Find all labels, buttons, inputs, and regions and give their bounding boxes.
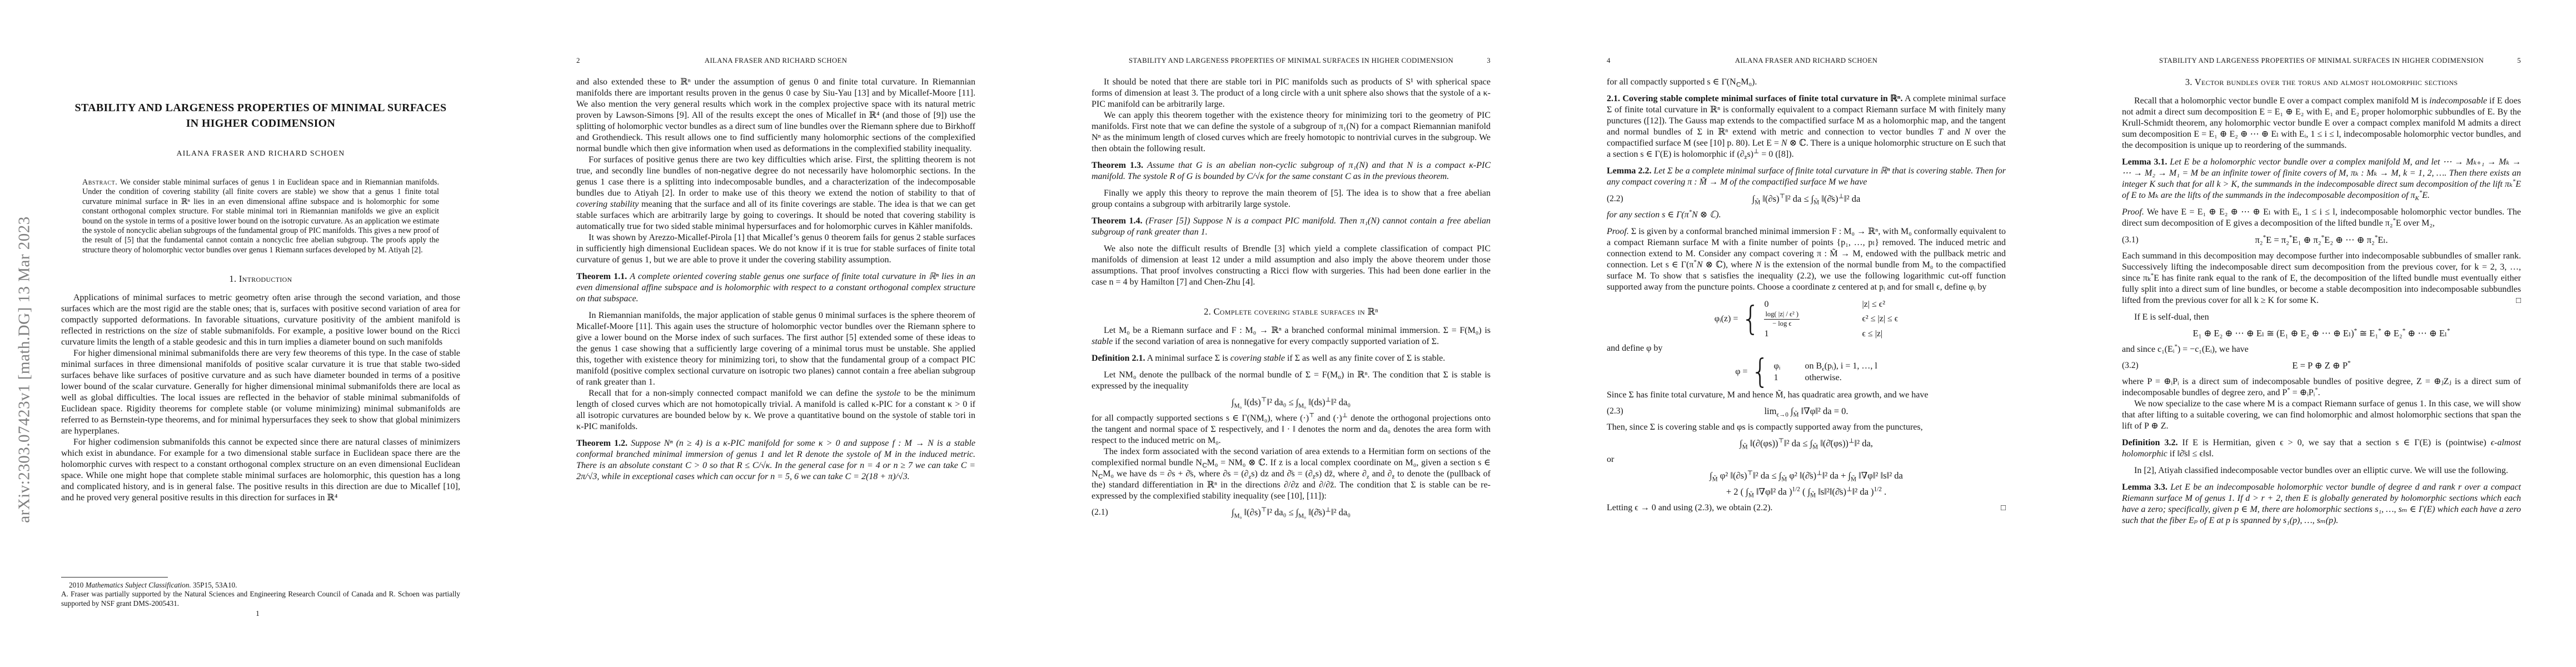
p3-paragraph-6: Let NM₀ denote the pullback of the norma… [1092, 370, 1491, 392]
p5-paragraph-6: We now specialize to the case where M is… [2122, 399, 2521, 432]
running-head: 2 AILANA FRASER AND RICHARD SCHOEN [576, 57, 975, 65]
equation-3-1-body: π₂*E = π₂*E₁ ⊕ π₂*E₂ ⊕ ⋯ ⊕ π₂*Eₗ. [2255, 235, 2388, 245]
definition-2-1: Definition 2.1. A minimal surface Σ is c… [1092, 353, 1491, 364]
running-title: STABILITY AND LARGENESS PROPERTIES OF MI… [1129, 57, 1453, 64]
running-title: STABILITY AND LARGENESS PROPERTIES OF MI… [2159, 57, 2484, 64]
theorem-1-1: Theorem 1.1. A complete oriented coverin… [576, 271, 975, 305]
paper-title: STABILITY AND LARGENESS PROPERTIES OF MI… [61, 100, 460, 131]
page-2: 2 AILANA FRASER AND RICHARD SCHOEN and a… [515, 0, 1030, 667]
p3-paragraph-3: Finally we apply this theory to reprove … [1092, 188, 1491, 210]
page-5: STABILITY AND LARGENESS PROPERTIES OF MI… [2061, 0, 2576, 667]
theorem-1-2-label: Theorem 1.2. [576, 439, 627, 448]
equation-2-3: (2.3)limϵ→0 ∫M̃ ‖∇φ‖² da = 0. [1607, 406, 2006, 417]
equation-3-2: (3.2)E = P ⊕ Z ⊕ P* [2122, 360, 2521, 371]
case-value: 1 [1764, 328, 1847, 340]
page-1-content: STABILITY AND LARGENESS PROPERTIES OF MI… [61, 0, 460, 504]
abstract-label: Abstract. [82, 178, 117, 187]
fraction-numerator: log( |z| / ϵ² ) [1764, 310, 1800, 320]
fraction-denominator: − log ϵ [1764, 320, 1800, 328]
proof-2-2-body: Σ is given by a conformal branched minim… [1607, 227, 2006, 292]
p3-paragraph-8: The index form associated with the secon… [1092, 446, 1491, 502]
page-2-content: and also extended these to ℝⁿ under the … [576, 77, 975, 488]
case-row: 1ϵ ≤ |z| [1764, 328, 1898, 340]
definition-3-2-label: Definition 3.2. [2122, 438, 2178, 447]
footnote-support: A. Fraser was partially supported by the… [61, 590, 460, 608]
lemma-3-3-label: Lemma 3.3. [2122, 482, 2168, 492]
equation-2-2-tag: (2.2) [1607, 193, 1623, 205]
running-head: STABILITY AND LARGENESS PROPERTIES OF MI… [1092, 57, 1491, 65]
p5-paragraph-4: and since c₁(Eᵢ*) = −c₁(Eᵢ), we have [2122, 344, 2521, 355]
equation-body: E₁ ⊕ E₂ ⊕ ⋯ ⊕ Eₗ ≅ (E₁ ⊕ E₂ ⊕ ⋯ ⊕ Eₗ)* ≅… [2193, 328, 2450, 339]
equation-unnumbered-1: ∫M̃ ‖(∂(φs))⊤‖² da ≤ ∫M̃ ‖(∂̄(φs))⊥‖² da… [1607, 438, 2006, 449]
footnotes: 2010 Mathematics Subject Classification.… [61, 577, 460, 608]
lemma-3-1-body: Let E be a holomorphic vector bundle ove… [2122, 157, 2521, 200]
theorem-1-4-body: (Fraser [5]) Suppose N is a compact PIC … [1092, 216, 1491, 237]
p4-and-define: and define φ by [1607, 343, 2006, 354]
cases-lhs: φ = [1735, 366, 1747, 377]
page-number-5: 5 [2517, 57, 2521, 65]
case-value: log( |z| / ϵ² )− log ϵ [1764, 310, 1847, 328]
definition-2-1-body: A minimal surface Σ is covering stable i… [1147, 354, 1446, 363]
p1-paragraph-3: For higher codimension submanifolds this… [61, 437, 460, 504]
running-head: STABILITY AND LARGENESS PROPERTIES OF MI… [2122, 57, 2521, 65]
page-4-content: for all compactly supported s ∈ Γ(NℂM₀).… [1607, 77, 2006, 514]
subsection-2-1-label: 2.1. Covering stable complete minimal su… [1607, 94, 1902, 103]
equation-2-1-tag: (2.1) [1092, 507, 1108, 518]
equation-body: ∫M₀ ‖(ds)⊤‖² da₀ ≤ ∫M₀ ‖(ds)⊥‖² da₀ [1232, 397, 1351, 407]
theorem-1-2: Theorem 1.2. Suppose Nⁿ (n ≥ 4) is a κ-P… [576, 438, 975, 482]
left-brace: { [1741, 302, 1760, 336]
proof-end-text: Each summand in this decomposition may d… [2122, 251, 2521, 305]
theorem-1-3-body: Assume that G is an abelian non-cyclic s… [1092, 161, 1491, 181]
p3-paragraph-4: We also note the difficult results of Br… [1092, 243, 1491, 288]
p2-paragraph-1: and also extended these to ℝⁿ under the … [576, 77, 975, 155]
equation-body: + 2 ( ∫M̃ ‖∇φ‖² da )1/2 ( ∫M̃ ‖s‖²‖(∂̄s)… [1726, 486, 1886, 497]
equation-2-3-tag: (2.3) [1607, 406, 1623, 417]
qed-box: □ [2516, 295, 2521, 306]
theorem-1-1-body: A complete oriented covering stable genu… [576, 272, 975, 303]
p5-paragraph-1: Recall that a holomorphic vector bundle … [2122, 96, 2521, 151]
section-heading-3: 3. Vector bundles over the torus and alm… [2122, 77, 2521, 88]
theorem-1-3-label: Theorem 1.3. [1092, 161, 1143, 170]
case-condition: |z| ≤ ϵ² [1862, 300, 1885, 309]
footnote-rule [61, 577, 168, 578]
paper-title-line-2: IN HIGHER CODIMENSION [186, 117, 336, 130]
p5-paragraph-2: Each summand in this decomposition may d… [2122, 251, 2521, 306]
theorem-1-2-body: Suppose Nⁿ (n ≥ 4) is a κ-PIC manifold f… [576, 439, 975, 481]
lemma-3-1-label: Lemma 3.1. [2122, 157, 2167, 167]
proof-end-text: Letting ϵ → 0 and using (2.3), we obtain… [1607, 503, 1772, 512]
definition-3-2-body: If E is Hermitian, given ϵ > 0, we say t… [2122, 438, 2521, 459]
equation-2-2: (2.2)∫M̃ ‖(∂s)⊤‖² da ≤ ∫M̃ ‖(∂̄s)⊥‖² da [1607, 193, 2006, 205]
case-condition: otherwise. [1805, 373, 1842, 382]
running-title: AILANA FRASER AND RICHARD SCHOEN [705, 57, 848, 64]
cases-lhs: φᵢ(z) = [1715, 313, 1738, 325]
page-number-1: 1 [0, 609, 515, 618]
p1-paragraph-1: Applications of minimal surfaces to metr… [61, 292, 460, 348]
left-brace: { [1751, 355, 1769, 389]
equation-3-2-tag: (3.2) [2122, 360, 2139, 371]
p4-paragraph-2: Since Σ has finite total curvature, M an… [1607, 390, 2006, 401]
page-number-2: 2 [576, 57, 580, 65]
paper-authors: AILANA FRASER AND RICHARD SCHOEN [61, 148, 460, 159]
subsection-2-1: 2.1. Covering stable complete minimal su… [1607, 93, 2006, 160]
lemma-2-2-continuation: for any section s ∈ Γ(π*N ⊗ ℂ). [1607, 210, 2006, 221]
page-1: arXiv:2303.07423v1 [math.DG] 13 Mar 2023… [0, 0, 515, 667]
piecewise-phi-i: φᵢ(z) = { 0|z| ≤ ϵ² log( |z| / ϵ² )− log… [1607, 298, 2006, 340]
page-3: STABILITY AND LARGENESS PROPERTIES OF MI… [1030, 0, 1546, 667]
p3-paragraph-5: Let M₀ be a Riemann surface and F : M₀ →… [1092, 325, 1491, 347]
equation-unnumbered-2-line-1: ∫M̃ φ² ‖(∂s)⊤‖² da ≤ ∫M̃ φ² ‖(∂̄s)⊥‖² da… [1607, 470, 2006, 481]
case-value: φᵢ [1774, 360, 1791, 372]
equation-2-1: (2.1)∫M₀ ‖(∂s)⊤‖² da₀ ≤ ∫M₀ ‖(∂̄s)⊥‖² da… [1092, 507, 1491, 518]
p2-paragraph-2: For surfaces of positive genus there are… [576, 155, 975, 232]
cases-rows: φᵢon Bϵ(pᵢ), i = 1, …, l 1otherwise. [1774, 360, 1877, 384]
equation-2-3-body: limϵ→0 ∫M̃ ‖∇φ‖² da = 0. [1764, 406, 1848, 416]
footnote-msc: 2010 Mathematics Subject Classification.… [61, 581, 460, 590]
paper-title-line-1: STABILITY AND LARGENESS PROPERTIES OF MI… [75, 102, 447, 114]
proof-3-1: Proof. We have E = E₁ ⊕ E₂ ⊕ ⋯ ⊕ Eₗ with… [2122, 207, 2521, 229]
proof-2-2: Proof. Σ is given by a conformal branche… [1607, 226, 2006, 293]
proof-label: Proof. [2122, 207, 2144, 217]
p4-paragraph-3: Then, since Σ is covering stable and φs … [1607, 422, 2006, 433]
p5-paragraph-3: If E is self-dual, then [2122, 312, 2521, 323]
case-condition: ϵ² ≤ |z| ≤ ϵ [1862, 314, 1898, 323]
theorem-1-3: Theorem 1.3. Assume that G is an abelian… [1092, 160, 1491, 182]
case-row: 0|z| ≤ ϵ² [1764, 298, 1898, 310]
running-title: AILANA FRASER AND RICHARD SCHOEN [1735, 57, 1878, 64]
case-row: 1otherwise. [1774, 372, 1877, 384]
case-condition: on Bϵ(pᵢ), i = 1, …, l [1805, 361, 1877, 371]
definition-3-2: Definition 3.2. If E is Hermitian, given… [2122, 437, 2521, 460]
equation-2-2-body: ∫M̃ ‖(∂s)⊤‖² da ≤ ∫M̃ ‖(∂̄s)⊥‖² da [1752, 193, 1861, 204]
p2-paragraph-5: Recall that for a non-simply connected c… [576, 388, 975, 432]
p2-paragraph-3: It was shown by Arezzo-Micallef-Pirola [… [576, 232, 975, 266]
page-number-3: 3 [1487, 57, 1491, 65]
case-row: φᵢon Bϵ(pᵢ), i = 1, …, l [1774, 360, 1877, 372]
lemma-3-3-body: Let E be an indecomposable holomorphic v… [2122, 482, 2521, 525]
p2-paragraph-4: In Riemannian manifolds, the major appli… [576, 310, 975, 388]
equation-body: ∫M̃ ‖(∂(φs))⊤‖² da ≤ ∫M̃ ‖(∂̄(φs))⊥‖² da… [1740, 438, 1873, 449]
case-condition: ϵ ≤ |z| [1862, 329, 1882, 339]
section-heading-introduction: 1. Introduction [61, 273, 460, 285]
lemma-2-2: Lemma 2.2. Let Σ be a complete minimal s… [1607, 166, 2006, 188]
p3-paragraph-2: We can apply this theorem together with … [1092, 110, 1491, 155]
p4-paragraph-1: for all compactly supported s ∈ Γ(NℂM₀). [1607, 77, 2006, 88]
cases-rows: 0|z| ≤ ϵ² log( |z| / ϵ² )− log ϵϵ² ≤ |z|… [1764, 298, 1898, 340]
subsection-2-1-body: A complete minimal surface Σ of finite t… [1607, 94, 2006, 159]
equation-3-1-tag: (3.1) [2122, 235, 2139, 246]
case-row: log( |z| / ϵ² )− log ϵϵ² ≤ |z| ≤ ϵ [1764, 310, 1898, 328]
equation-3-1: (3.1)π₂*E = π₂*E₁ ⊕ π₂*E₂ ⊕ ⋯ ⊕ π₂*Eₗ. [2122, 235, 2521, 246]
abstract: Abstract. We consider stable minimal sur… [82, 178, 439, 255]
pdf-spread: arXiv:2303.07423v1 [math.DG] 13 Mar 2023… [0, 0, 2576, 667]
p3-paragraph-1: It should be noted that there are stable… [1092, 77, 1491, 110]
p4-or: or [1607, 454, 2006, 465]
stability-inequality: ∫M₀ ‖(ds)⊤‖² da₀ ≤ ∫M₀ ‖(ds)⊥‖² da₀ [1092, 397, 1491, 408]
equation-2-1-body: ∫M₀ ‖(∂s)⊤‖² da₀ ≤ ∫M₀ ‖(∂̄s)⊥‖² da₀ [1232, 507, 1351, 517]
equation-unnumbered-2-line-2: + 2 ( ∫M̃ ‖∇φ‖² da )1/2 ( ∫M̃ ‖s‖²‖(∂̄s)… [1607, 486, 2006, 497]
definition-2-1-label: Definition 2.1. [1092, 354, 1145, 363]
equation-self-dual: E₁ ⊕ E₂ ⊕ ⋯ ⊕ Eₗ ≅ (E₁ ⊕ E₂ ⊕ ⋯ ⊕ Eₗ)* ≅… [2122, 328, 2521, 339]
p1-paragraph-2: For higher dimensional minimal submanifo… [61, 348, 460, 437]
arxiv-watermark: arXiv:2303.07423v1 [math.DG] 13 Mar 2023 [16, 216, 34, 523]
p3-paragraph-7: for all compactly supported sections s ∈… [1092, 413, 1491, 446]
abstract-text: We consider stable minimal surfaces of g… [82, 178, 439, 255]
theorem-1-4: Theorem 1.4. (Fraser [5]) Suppose N is a… [1092, 216, 1491, 238]
lemma-2-2-label: Lemma 2.2. [1607, 166, 1651, 176]
lemma-3-1: Lemma 3.1. Let E be a holomorphic vector… [2122, 157, 2521, 201]
case-value: 0 [1764, 298, 1847, 310]
equation-3-2-body: E = P ⊕ Z ⊕ P* [2292, 360, 2350, 371]
lemma-3-3: Lemma 3.3. Let E be an indecomposable ho… [2122, 482, 2521, 526]
piecewise-phi: φ = { φᵢon Bϵ(pᵢ), i = 1, …, l 1otherwis… [1607, 357, 2006, 386]
theorem-1-1-label: Theorem 1.1. [576, 272, 627, 281]
p5-paragraph-5: where P = ⊕ᵢPᵢ is a direct sum of indeco… [2122, 376, 2521, 399]
running-head: 4 AILANA FRASER AND RICHARD SCHOEN [1607, 57, 2006, 65]
page-4: 4 AILANA FRASER AND RICHARD SCHOEN for a… [1546, 0, 2061, 667]
lemma-2-2-body: Let Σ be a complete minimal surface of f… [1607, 166, 2006, 187]
theorem-1-4-label: Theorem 1.4. [1092, 216, 1143, 226]
proof-label: Proof. [1607, 227, 1629, 236]
proof-3-1-body: We have E = E₁ ⊕ E₂ ⊕ ⋯ ⊕ Eₗ with Eᵢ, 1 … [2122, 207, 2521, 228]
page-number-4: 4 [1607, 57, 1611, 65]
qed-box: □ [2001, 502, 2006, 514]
equation-body: ∫M̃ φ² ‖(∂s)⊤‖² da ≤ ∫M̃ φ² ‖(∂̄s)⊥‖² da… [1710, 470, 1903, 481]
page-3-content: It should be noted that there are stable… [1092, 77, 1491, 523]
p5-paragraph-7: In [2], Atiyah classified indecomposable… [2122, 465, 2521, 476]
section-heading-2: 2. Complete covering stable surfaces in … [1092, 306, 1491, 317]
case-value: 1 [1774, 372, 1791, 384]
page-5-content: 3. Vector bundles over the torus and alm… [2122, 77, 2521, 532]
p4-paragraph-4: Letting ϵ → 0 and using (2.3), we obtain… [1607, 502, 2006, 514]
